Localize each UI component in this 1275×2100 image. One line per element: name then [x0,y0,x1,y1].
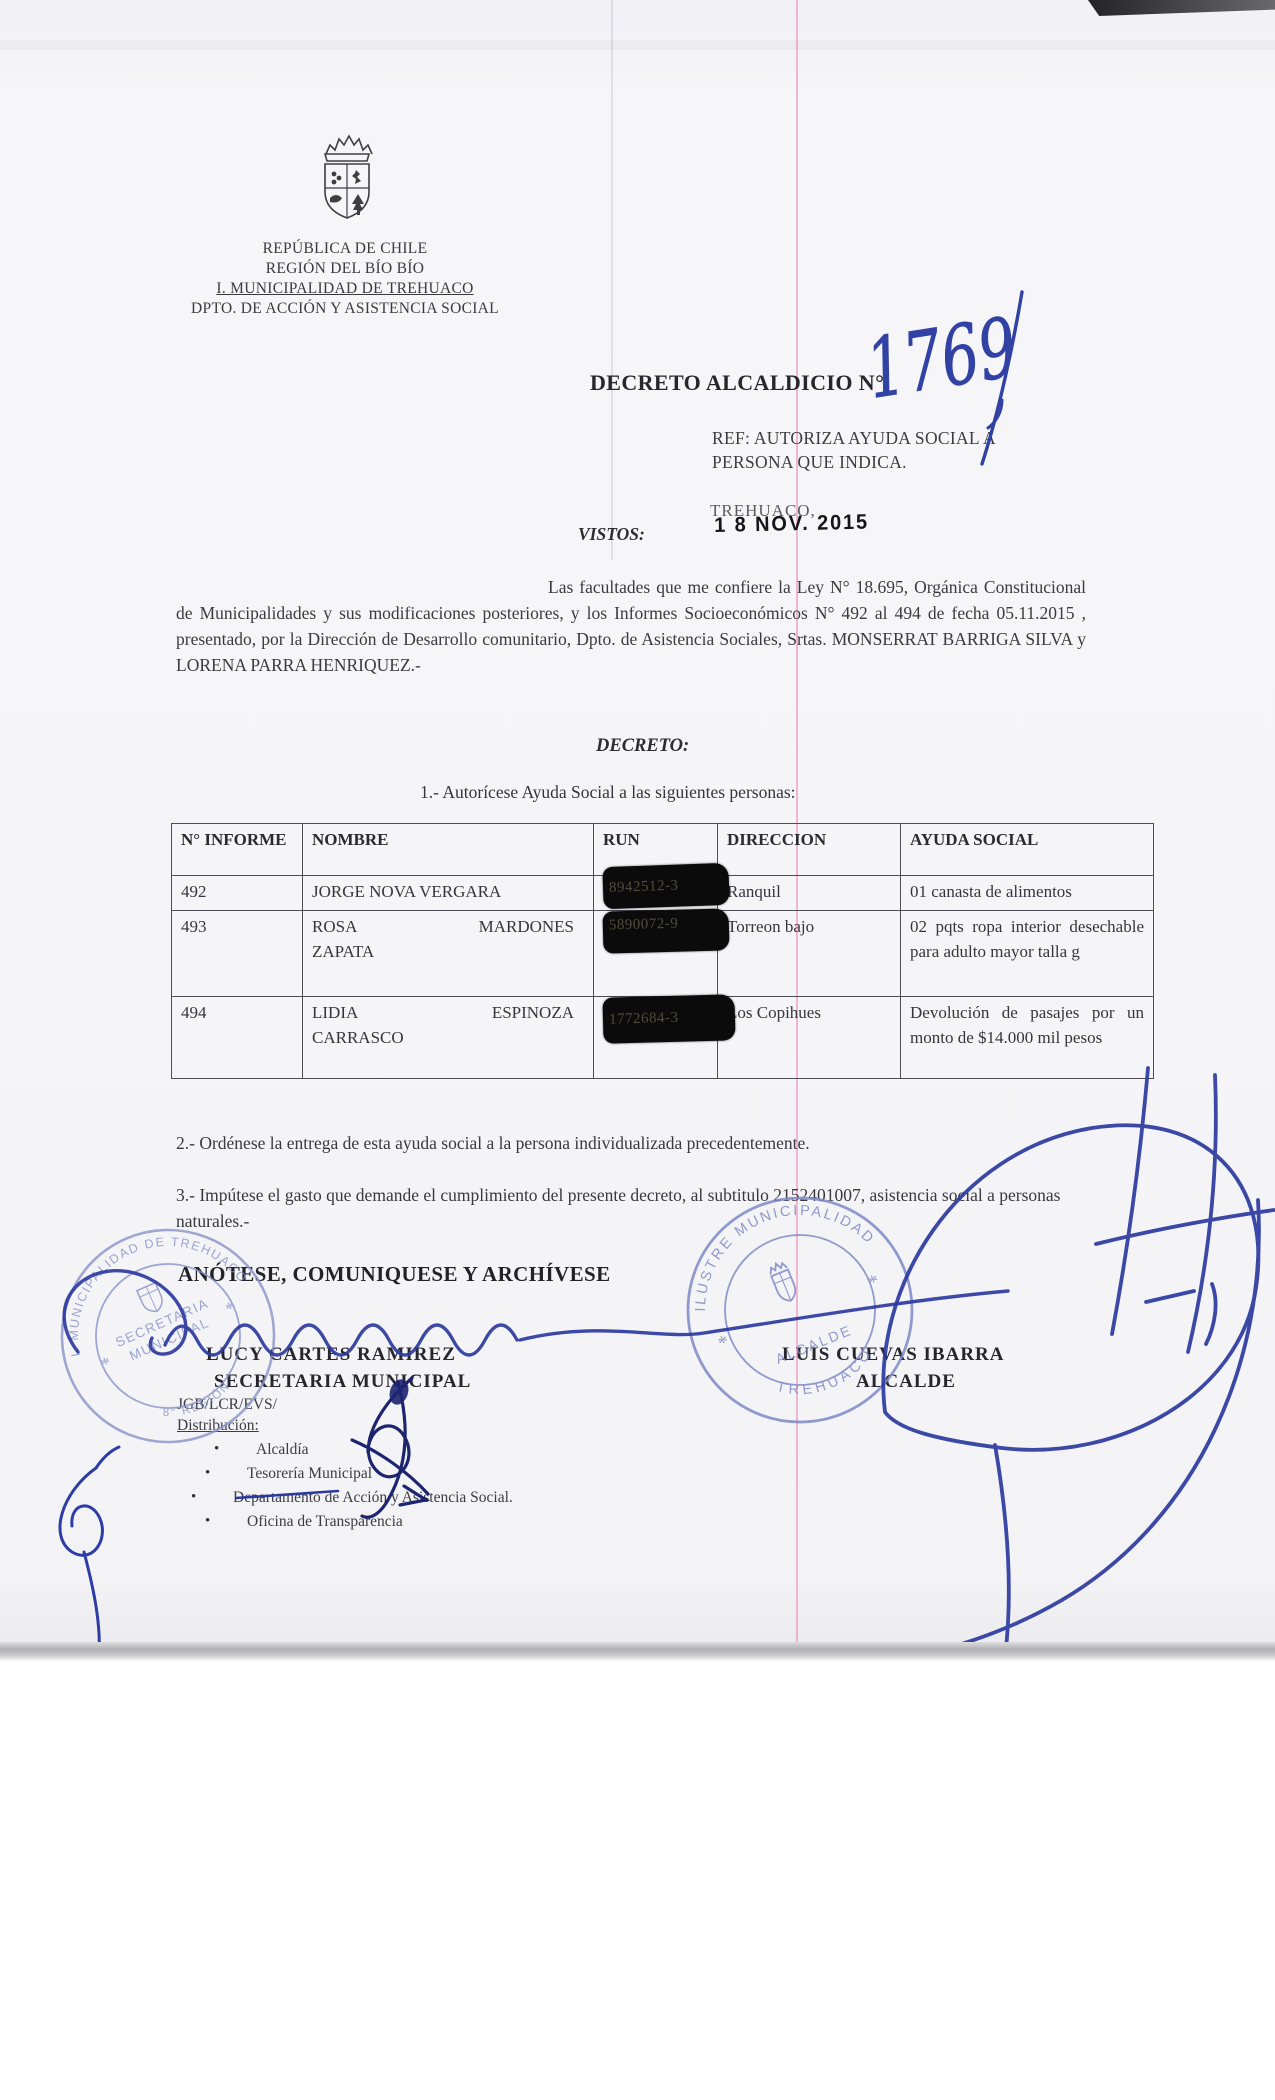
date-stamp: 1 8 NOV. 2015 [714,511,869,538]
cell-direccion: Torreon bajo [718,911,901,997]
secretary-title: SECRETARIA MUNICIPAL [214,1371,471,1393]
cell-nombre: LIDIA ESPINOZA CARRASCO [303,997,594,1079]
mayor-title: ALCALDE [856,1371,956,1393]
col-header-informe: N° INFORME [172,824,303,876]
redaction-mark: 8942512-3 [602,863,729,909]
aid-table: N° INFORME NOMBRE RUN DIRECCION AYUDA SO… [171,823,1154,1079]
scanned-decree-page: REPÚBLICA DE CHILE REGIÓN DEL BÍO BÍO I.… [0,0,1275,2100]
table-row: 494 LIDIA ESPINOZA CARRASCO 1772684-3 Lo… [172,997,1154,1079]
cell-run: 5890072-9 [594,911,718,997]
letterhead-line-1: REPÚBLICA DE CHILE [155,240,535,258]
table-row: 492 JORGE NOVA VERGARA 8942512-3 Ranquil… [172,876,1154,911]
mayor-name: LUIS CUEVAS IBARRA [782,1344,1004,1366]
ref-line-1: REF: AUTORIZA AYUDA SOCIAL A [712,428,996,449]
cell-ayuda: 02 pqts ropa interior desechable para ad… [901,911,1154,997]
distribution-item: Tesorería Municipal [247,1465,372,1483]
distribution-label: Distribución: [177,1417,259,1435]
initials-line: JGB/LCR/EVS/ [177,1396,277,1414]
scan-bottom-edge [0,1642,1275,1662]
col-header-direccion: DIRECCION [718,824,901,876]
item-2: 2.- Ordénese la entrega de esta ayuda so… [176,1130,1136,1156]
distribution-item: Alcaldía [256,1441,309,1459]
letterhead-line-2: REGIÓN DEL BÍO BÍO [155,260,535,278]
table-row: 493 ROSA MARDONES ZAPATA 5890072-9 Torre… [172,911,1154,997]
distribution-item: Oficina de Transparencia [247,1513,403,1531]
run-digits: 5890072-9 [609,912,679,939]
distribution-item: Departamento de Acción y Asistencia Soci… [233,1489,513,1507]
cell-run: 1772684-3 [594,997,718,1079]
cell-ayuda: Devolución de pasajes por un monto de $1… [901,997,1154,1079]
vistos-label: VISTOS: [578,524,645,545]
cell-informe: 494 [172,997,303,1079]
cell-direccion: Los Copihues [718,997,901,1079]
col-header-nombre: NOMBRE [303,824,594,876]
redaction-mark: 1772684-3 [602,994,735,1043]
vistos-paragraph: Las facultades que me confiere la Ley N°… [176,574,1086,678]
ref-line-2: PERSONA QUE INDICA. [712,452,907,473]
closing-line: ANÓTESE, COMUNIQUESE Y ARCHÍVESE [178,1262,611,1287]
letterhead-line-4: DPTO. DE ACCIÓN Y ASISTENCIA SOCIAL [155,300,535,318]
decreto-label: DECRETO: [596,736,689,757]
fold-line-gray [611,0,613,560]
col-header-ayuda: AYUDA SOCIAL [901,824,1154,876]
redaction-mark: 5890072-9 [602,908,729,953]
scan-crease [0,40,1275,50]
cell-informe: 492 [172,876,303,911]
letterhead-line-3: I. MUNICIPALIDAD DE TREHUACO [155,280,535,298]
run-digits: 1772684-3 [609,1006,679,1033]
cell-nombre: ROSA MARDONES ZAPATA [303,911,594,997]
decree-title: DECRETO ALCALDICIO N° [590,370,884,396]
item-1: 1.- Autorícese Ayuda Social a las siguie… [420,782,796,803]
fold-line-pink [796,0,798,1642]
secretary-name: LUCY CARTES RAMIREZ [206,1344,456,1366]
cell-nombre: JORGE NOVA VERGARA [303,876,594,911]
cell-informe: 493 [172,911,303,997]
cell-run: 8942512-3 [594,876,718,911]
cell-ayuda: 01 canasta de alimentos [901,876,1154,911]
run-digits: 8942512-3 [609,874,679,901]
item-3: 3.- Impútese el gasto que demande el cum… [176,1182,1106,1234]
cell-direccion: Ranquil [718,876,901,911]
